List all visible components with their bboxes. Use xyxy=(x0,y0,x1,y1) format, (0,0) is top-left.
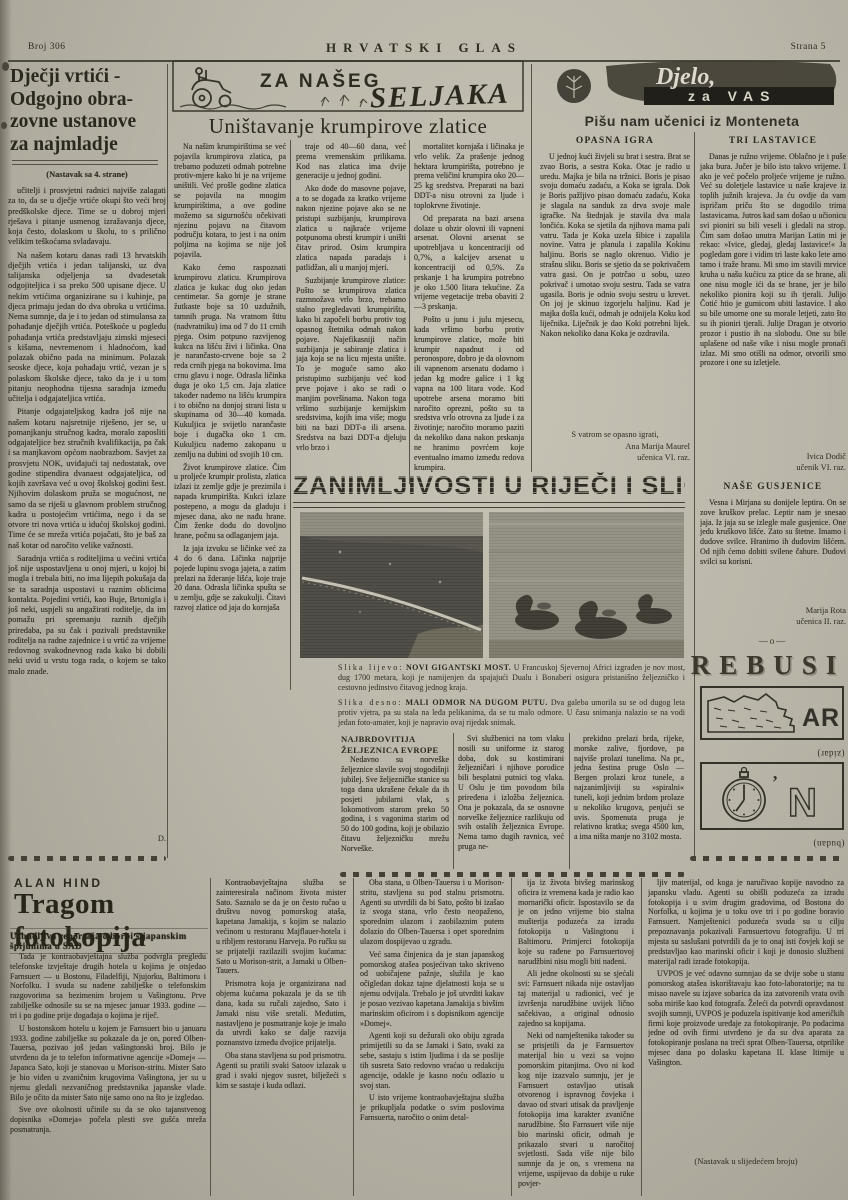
paragraph: mortalitet kornjaša i ličinaka je vrlo v… xyxy=(414,142,524,211)
gusjenice-body: Vesna i Mirjana su donijele leptira. On … xyxy=(700,498,846,604)
railway-col2: Svi službenici na tom vlaku nosili su un… xyxy=(458,734,564,870)
newspaper-page: Broj 306 HRVATSKI GLAS Strana 5 Dječji v… xyxy=(0,0,848,1200)
paragraph: Tada je kontraobavještajna služba podvrg… xyxy=(10,952,206,1021)
gusjenice-author-class: učenica II. raz. xyxy=(700,617,848,626)
paragraph: Ako dođe do masovne pojave, a to se doga… xyxy=(296,184,406,272)
bottom-article-subtitle: Uzbudljiva reportaža o borbi s japanskim… xyxy=(10,928,208,954)
column-rule xyxy=(353,878,354,1196)
paragraph: Saradnja vrtića s roditeljima u većini v… xyxy=(8,554,166,677)
caption-right-label: Slika desno: xyxy=(338,698,402,707)
paragraph: Na našem kotaru danas radi 13 hrvatskih … xyxy=(8,251,166,405)
caption-right: Slika desno: MALI ODMOR NA DUGOM PUTU. D… xyxy=(338,698,685,727)
paragraph: Danas je ružno vrijeme. Oblačno je i puš… xyxy=(700,152,846,368)
column-rule xyxy=(531,64,532,472)
paragraph: Sve ove okolnosti učinile su da se oko t… xyxy=(10,1105,206,1134)
left-article-signature: D. xyxy=(8,834,180,843)
paragraph: Suzbijanje krumpirove zlatice: Pošto se … xyxy=(296,276,406,453)
paragraph: Prismotra koja je organizirana nad objem… xyxy=(216,979,346,1048)
banner-underline xyxy=(293,502,685,508)
ink-speck xyxy=(1,122,7,129)
caption-left: Slika lijevo: NOVI GIGANTSKI MOST. U Fra… xyxy=(338,663,685,692)
paragraph: U bostonskom hotelu u kojem je Farnsuert… xyxy=(10,1024,206,1103)
paragraph: Od preparata na bazi arsena dolaze u obz… xyxy=(414,214,524,312)
paragraph: Vesna i Mirjana su donijele leptira. On … xyxy=(700,498,846,567)
title-underline xyxy=(12,160,158,165)
lastavice-body: Danas je ružno vrijeme. Oblačno je i puš… xyxy=(700,152,846,450)
column-rule xyxy=(290,140,291,690)
rebus2-solution: (budan) xyxy=(700,834,848,852)
bottom-colD: ija iz života bivšeg marinskog oficira i… xyxy=(518,878,634,1196)
paragraph: učitelji i prosvjetni radnici najviše za… xyxy=(8,186,166,248)
railway-heading-2: ŽELJEZNICA EVROPE xyxy=(341,745,449,756)
rebus1-solution: (zidar) xyxy=(700,744,848,762)
tractor-icon xyxy=(192,68,231,107)
paragraph: UVPOS je već odavno sumnjao da se dvije … xyxy=(648,969,844,1067)
paragraph: Neki od namještenika također su se prisj… xyxy=(518,1031,634,1188)
column-rule xyxy=(167,64,168,858)
paragraph: ija iz života bivšeg marinskog oficira i… xyxy=(518,878,634,966)
banner-text-top: ZA NAŠEG xyxy=(260,70,381,92)
paragraph: Na našim krumpirištima se već pojavila k… xyxy=(174,142,286,260)
seljak-banner: ZA NAŠEG SELJAKA xyxy=(172,60,524,112)
potato-article-title: Uništavanje krumpirove zlatice xyxy=(172,114,524,139)
column-rule xyxy=(569,733,570,869)
paragraph: Svi službenici na tom vlaku nosili su un… xyxy=(458,734,564,852)
bottom-article-footer: (Nastavak u slijedećem broju) xyxy=(648,1156,844,1166)
opasna-igra-body: U jednoj kući živjeli su brat i sestra. … xyxy=(540,152,690,428)
bottom-colB: Kontraobavještajna služba se zainteresir… xyxy=(216,878,346,1196)
opasna-author: Ana Marija Maurel xyxy=(540,442,704,451)
caption-left-title: NOVI GIGANTSKI MOST. xyxy=(406,663,511,672)
banner-text-main: SELJAKA xyxy=(369,78,510,112)
photo-pelicans xyxy=(489,512,684,658)
column-rule xyxy=(409,140,410,484)
column-rule xyxy=(694,132,695,858)
potato-col2: traje od 40—60 dana, već prema vremenski… xyxy=(296,142,406,484)
railway-col3: prekidno prelazi brda, rijeke, morske za… xyxy=(574,734,684,870)
opasna-igra-heading: OPASNA IGRA xyxy=(540,136,690,146)
paragraph: Već sama činjenica da je stan japanskog … xyxy=(360,950,504,1029)
paragraph: Oba stana, u Olben-Tauersu i u Morison-s… xyxy=(360,878,504,947)
dotted-divider xyxy=(340,872,685,877)
rebus-letters: AR xyxy=(802,704,840,732)
paragraph: Pitanje odgajateljskog kadra još nije na… xyxy=(8,407,166,551)
rebus-letter-n: N xyxy=(788,781,817,825)
zanimljivosti-banner: ZANIMLJIVOSTI U RIJEČI I SLICI xyxy=(293,472,685,502)
paragraph: prekidno prelazi brda, rijeke, morske za… xyxy=(574,734,684,842)
paragraph: traje od 40—60 dana, već prema vremenski… xyxy=(296,142,406,181)
banner-text-djelo: Djelo, xyxy=(655,64,715,90)
railway-col1: NAJBRDOVITIJA ŽELJEZNICA EVROPE Nedavno … xyxy=(341,734,449,870)
ink-speck xyxy=(2,62,9,71)
paragraph: Kontraobavještajna služba se zainteresir… xyxy=(216,878,346,976)
dotted-divider xyxy=(8,856,166,861)
djelo-banner-illustration: Djelo, za VAS xyxy=(548,60,840,108)
potato-col1: Na našim krumpirištima se već pojavila k… xyxy=(174,142,286,690)
paragraph: Život krumpirove zlatice. Čim u proljeće… xyxy=(174,463,286,542)
paragraph: Pošto u junu i julu mjesecu, kada vršimo… xyxy=(414,315,524,472)
caption-right-title: MALI ODMOR NA DUGOM PUTU. xyxy=(406,698,548,707)
paragraph: Oba stana stavljena su pod prismotru. Ag… xyxy=(216,1051,346,1090)
paragraph: U isto vrijeme kontraobavještajna služba… xyxy=(360,1093,504,1122)
paragraph: ljiv materijal, od koga je naručivao kop… xyxy=(648,878,844,966)
lastavice-heading: TRI LASTAVICE xyxy=(700,136,846,146)
railway-heading-1: NAJBRDOVITIJA xyxy=(341,734,449,745)
caption-left-label: Slika lijevo: xyxy=(338,663,403,672)
dotted-divider xyxy=(690,856,845,861)
photo-grain xyxy=(489,512,684,658)
paragraph: Kako ćemo raspoznati krumpirovu zlaticu.… xyxy=(174,263,286,460)
potato-col3: mortalitet kornjaša i ličinaka je vrlo v… xyxy=(414,142,524,484)
rebus-watch: ’ N xyxy=(700,762,844,830)
opasna-author-class: učenica VI. raz. xyxy=(540,453,704,462)
wall-hatch xyxy=(714,708,781,728)
page-number: Strana 5 xyxy=(791,42,826,52)
column-rule xyxy=(453,733,454,869)
paragraph: U jednoj kući živjeli su brat i sestra. … xyxy=(540,152,690,339)
rebus-apostrophe: ’ xyxy=(772,772,778,792)
bottom-colE: ljiv materijal, od koga je naručivao kop… xyxy=(648,878,844,1148)
column-rule xyxy=(641,878,642,1196)
continuation-note: (Nastavak sa 4. strane) xyxy=(10,170,164,180)
plants-sketch xyxy=(321,95,367,107)
rebus-wall: AR xyxy=(700,686,844,740)
bottom-colC: Oba stana, u Olben-Tauersu i u Morison-s… xyxy=(360,878,504,1196)
pupils-headline: Pišu nam učenici iz Monteneta xyxy=(540,113,844,129)
left-article-body: učitelji i prosvjetni radnici najviše za… xyxy=(8,186,166,834)
field-sketch xyxy=(180,105,286,109)
photo-grain xyxy=(300,512,483,658)
photo-bridge xyxy=(300,512,483,658)
masthead: HRVATSKI GLAS xyxy=(0,40,848,56)
paragraph: Ali jedne okolnosti su se sjećali svi: F… xyxy=(518,969,634,1028)
column-rule xyxy=(210,878,211,1196)
column-rule xyxy=(511,878,512,1196)
opasna-moral: S vatrom se opasno igrati, xyxy=(540,430,690,439)
paragraph: Nedavno su norveške željeznice slavile s… xyxy=(341,755,449,853)
section-divider: —o— xyxy=(700,636,846,646)
banner-text-zavas: za VAS xyxy=(688,88,776,104)
left-article-title: Dječji vrtići - Odgojno obra- zovne usta… xyxy=(10,66,162,156)
pocket-watch-icon xyxy=(723,768,765,822)
seljak-banner-illustration: ZA NAŠEG SELJAKA xyxy=(172,60,524,112)
bottom-colA: Tada je kontraobavještajna služba podvrg… xyxy=(10,952,206,1196)
gusjenice-heading: NAŠE GUSJENICE xyxy=(700,482,846,492)
rebusi-title: REBUSI xyxy=(690,650,846,681)
gusjenice-author: Marija Rota xyxy=(700,606,848,615)
paragraph: Agenti koji su dežurali oko obiju zgrada… xyxy=(360,1031,504,1090)
lastavice-author-class: učenik VI. raz. xyxy=(700,463,848,472)
djelo-banner: Djelo, za VAS xyxy=(548,60,840,108)
lastavice-author: Ivica Dodič xyxy=(700,452,848,461)
paragraph: Iz jaja izvuku se ličinke već za 4 do 6 … xyxy=(174,544,286,613)
